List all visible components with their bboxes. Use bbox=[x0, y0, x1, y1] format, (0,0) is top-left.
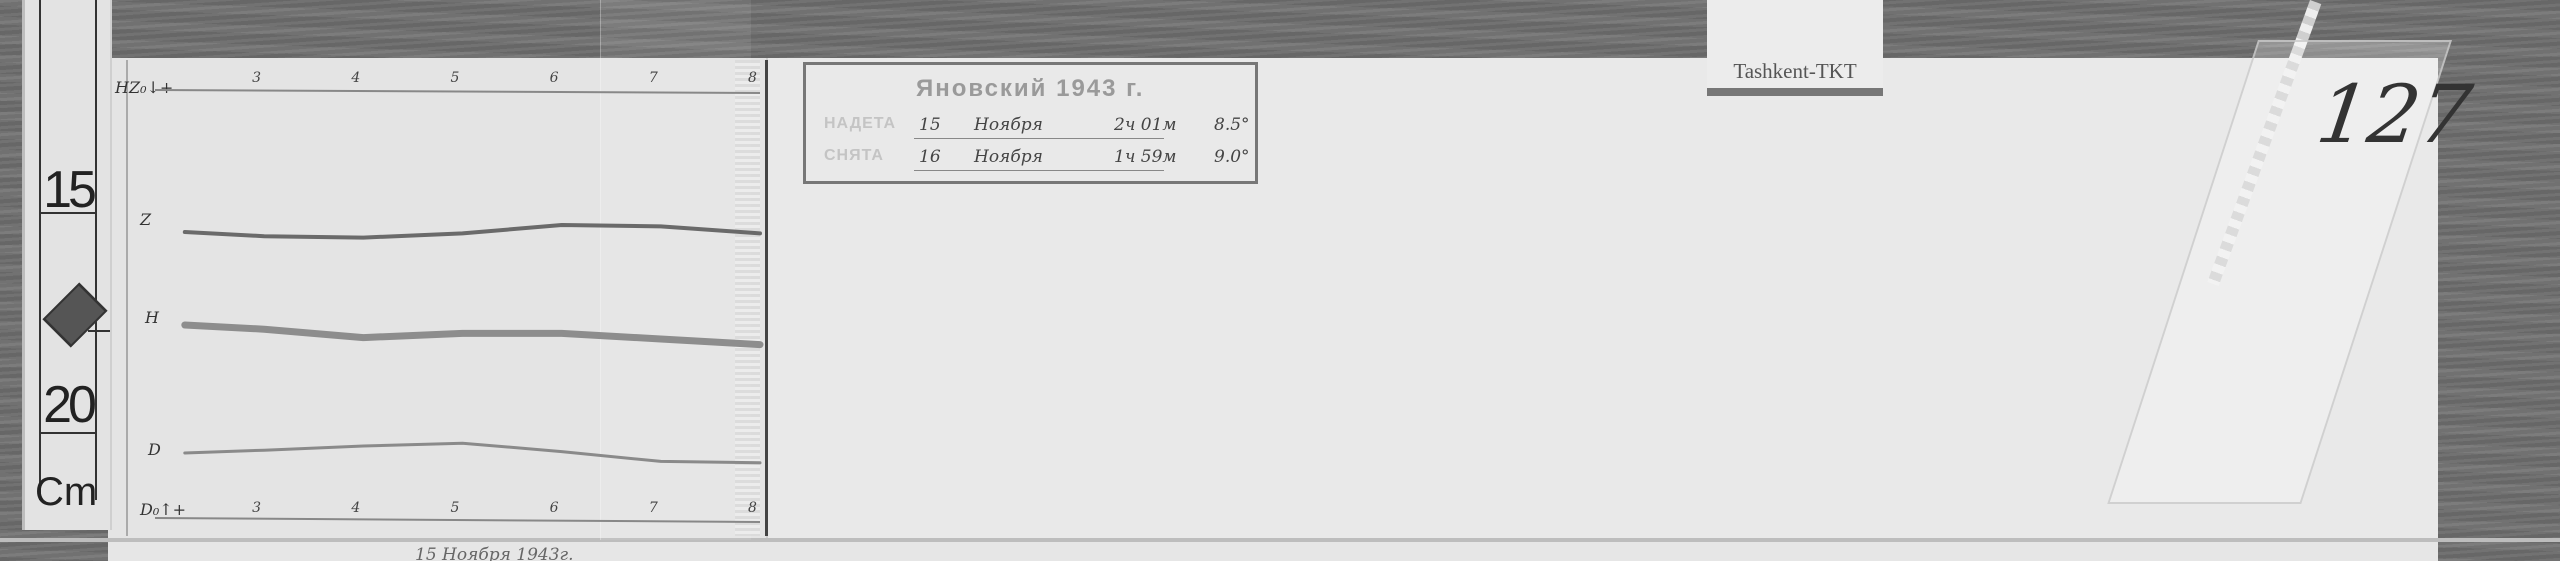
trace-z bbox=[185, 225, 760, 238]
underline bbox=[914, 170, 1164, 171]
stamp-row-off: СНЯТА 16 Ноября 1ч 59м 9.0° bbox=[824, 147, 1241, 173]
stamp-month: Ноября bbox=[974, 115, 1043, 135]
stamp-time: 2ч 01м bbox=[1114, 115, 1177, 135]
station-tag: Tashkent-TKT bbox=[1707, 0, 1883, 96]
stamp-temp: 9.0° bbox=[1214, 147, 1250, 167]
station-tag-text: Tashkent-TKT bbox=[1707, 59, 1883, 84]
handwritten-date: 15 Ноября 1943г. bbox=[415, 545, 574, 561]
stamp-title: Яновский 1943 г. bbox=[916, 75, 1144, 103]
observatory-stamp: Яновский 1943 г. НАДЕТА 15 Ноября 2ч 01м… bbox=[803, 62, 1258, 184]
stamp-row-label: НАДЕТА bbox=[824, 115, 896, 133]
stamp-month: Ноября bbox=[974, 147, 1043, 167]
underline bbox=[914, 138, 1164, 139]
stamp-day: 15 bbox=[919, 115, 941, 135]
sheet-number: 127 bbox=[2311, 68, 2477, 161]
stamp-temp: 8.5° bbox=[1214, 115, 1250, 135]
stamp-time: 1ч 59м bbox=[1114, 147, 1177, 167]
stamp-row-label: СНЯТА bbox=[824, 147, 884, 165]
trace-h bbox=[185, 325, 760, 345]
stamp-row-on: НАДЕТА 15 Ноября 2ч 01м 8.5° bbox=[824, 115, 1241, 141]
trace-d bbox=[185, 443, 760, 463]
stamp-day: 16 bbox=[919, 147, 941, 167]
